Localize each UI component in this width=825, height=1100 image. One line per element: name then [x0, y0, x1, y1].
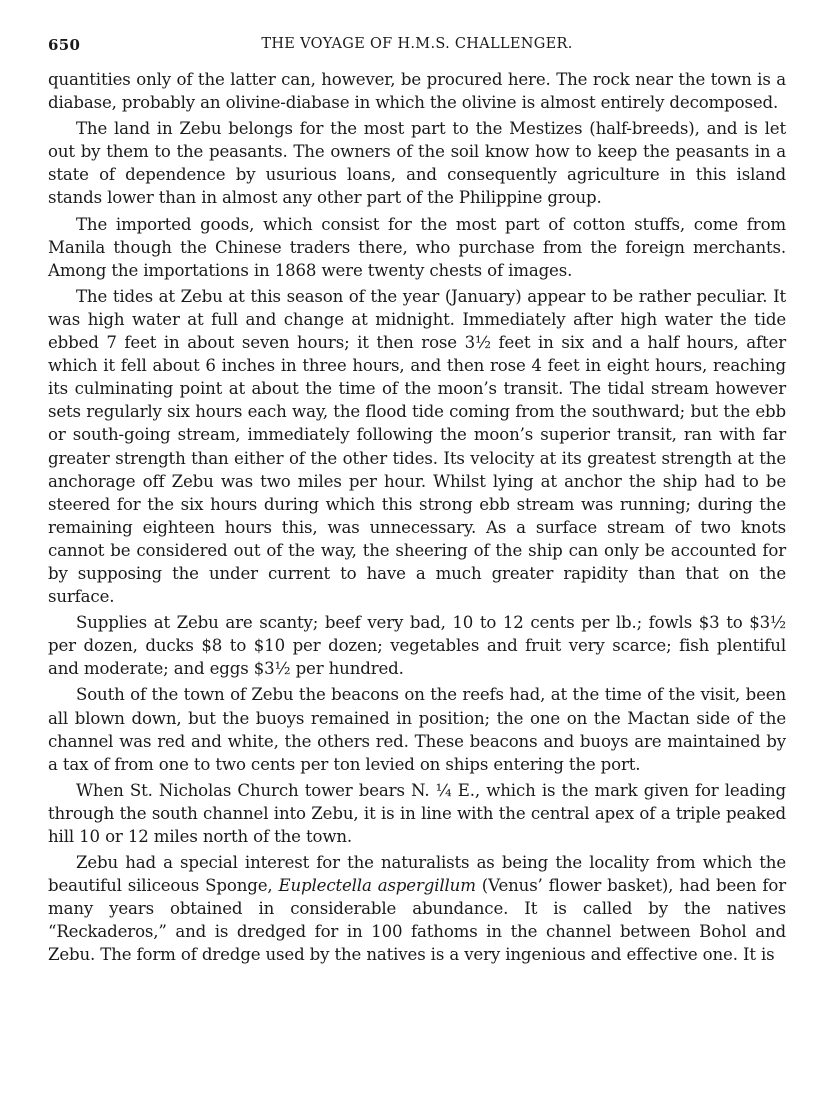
running-head: 650 THE VOYAGE OF H.M.S. CHALLENGER.: [48, 30, 786, 56]
paragraph-church-bearing: When St. Nicholas Church tower bears N. …: [48, 779, 786, 848]
running-title: THE VOYAGE OF H.M.S. CHALLENGER.: [48, 36, 786, 52]
paragraph-tides: The tides at Zebu at this season of the …: [48, 285, 786, 608]
paragraph-sponge: Zebu had a special interest for the natu…: [48, 851, 786, 966]
paragraph-beacons-buoys: South of the town of Zebu the beacons on…: [48, 683, 786, 775]
paragraph-supplies: Supplies at Zebu are scanty; beef very b…: [48, 611, 786, 680]
paragraph-rock-description: quantities only of the latter can, howev…: [48, 68, 786, 114]
paragraph-imported-goods: The imported goods, which consist for th…: [48, 213, 786, 282]
book-page: 650 THE VOYAGE OF H.M.S. CHALLENGER. qua…: [48, 30, 786, 967]
body-text: quantities only of the latter can, howev…: [48, 68, 786, 967]
species-name: Euplectella aspergillum: [279, 876, 476, 895]
paragraph-land-ownership: The land in Zebu belongs for the most pa…: [48, 117, 786, 209]
